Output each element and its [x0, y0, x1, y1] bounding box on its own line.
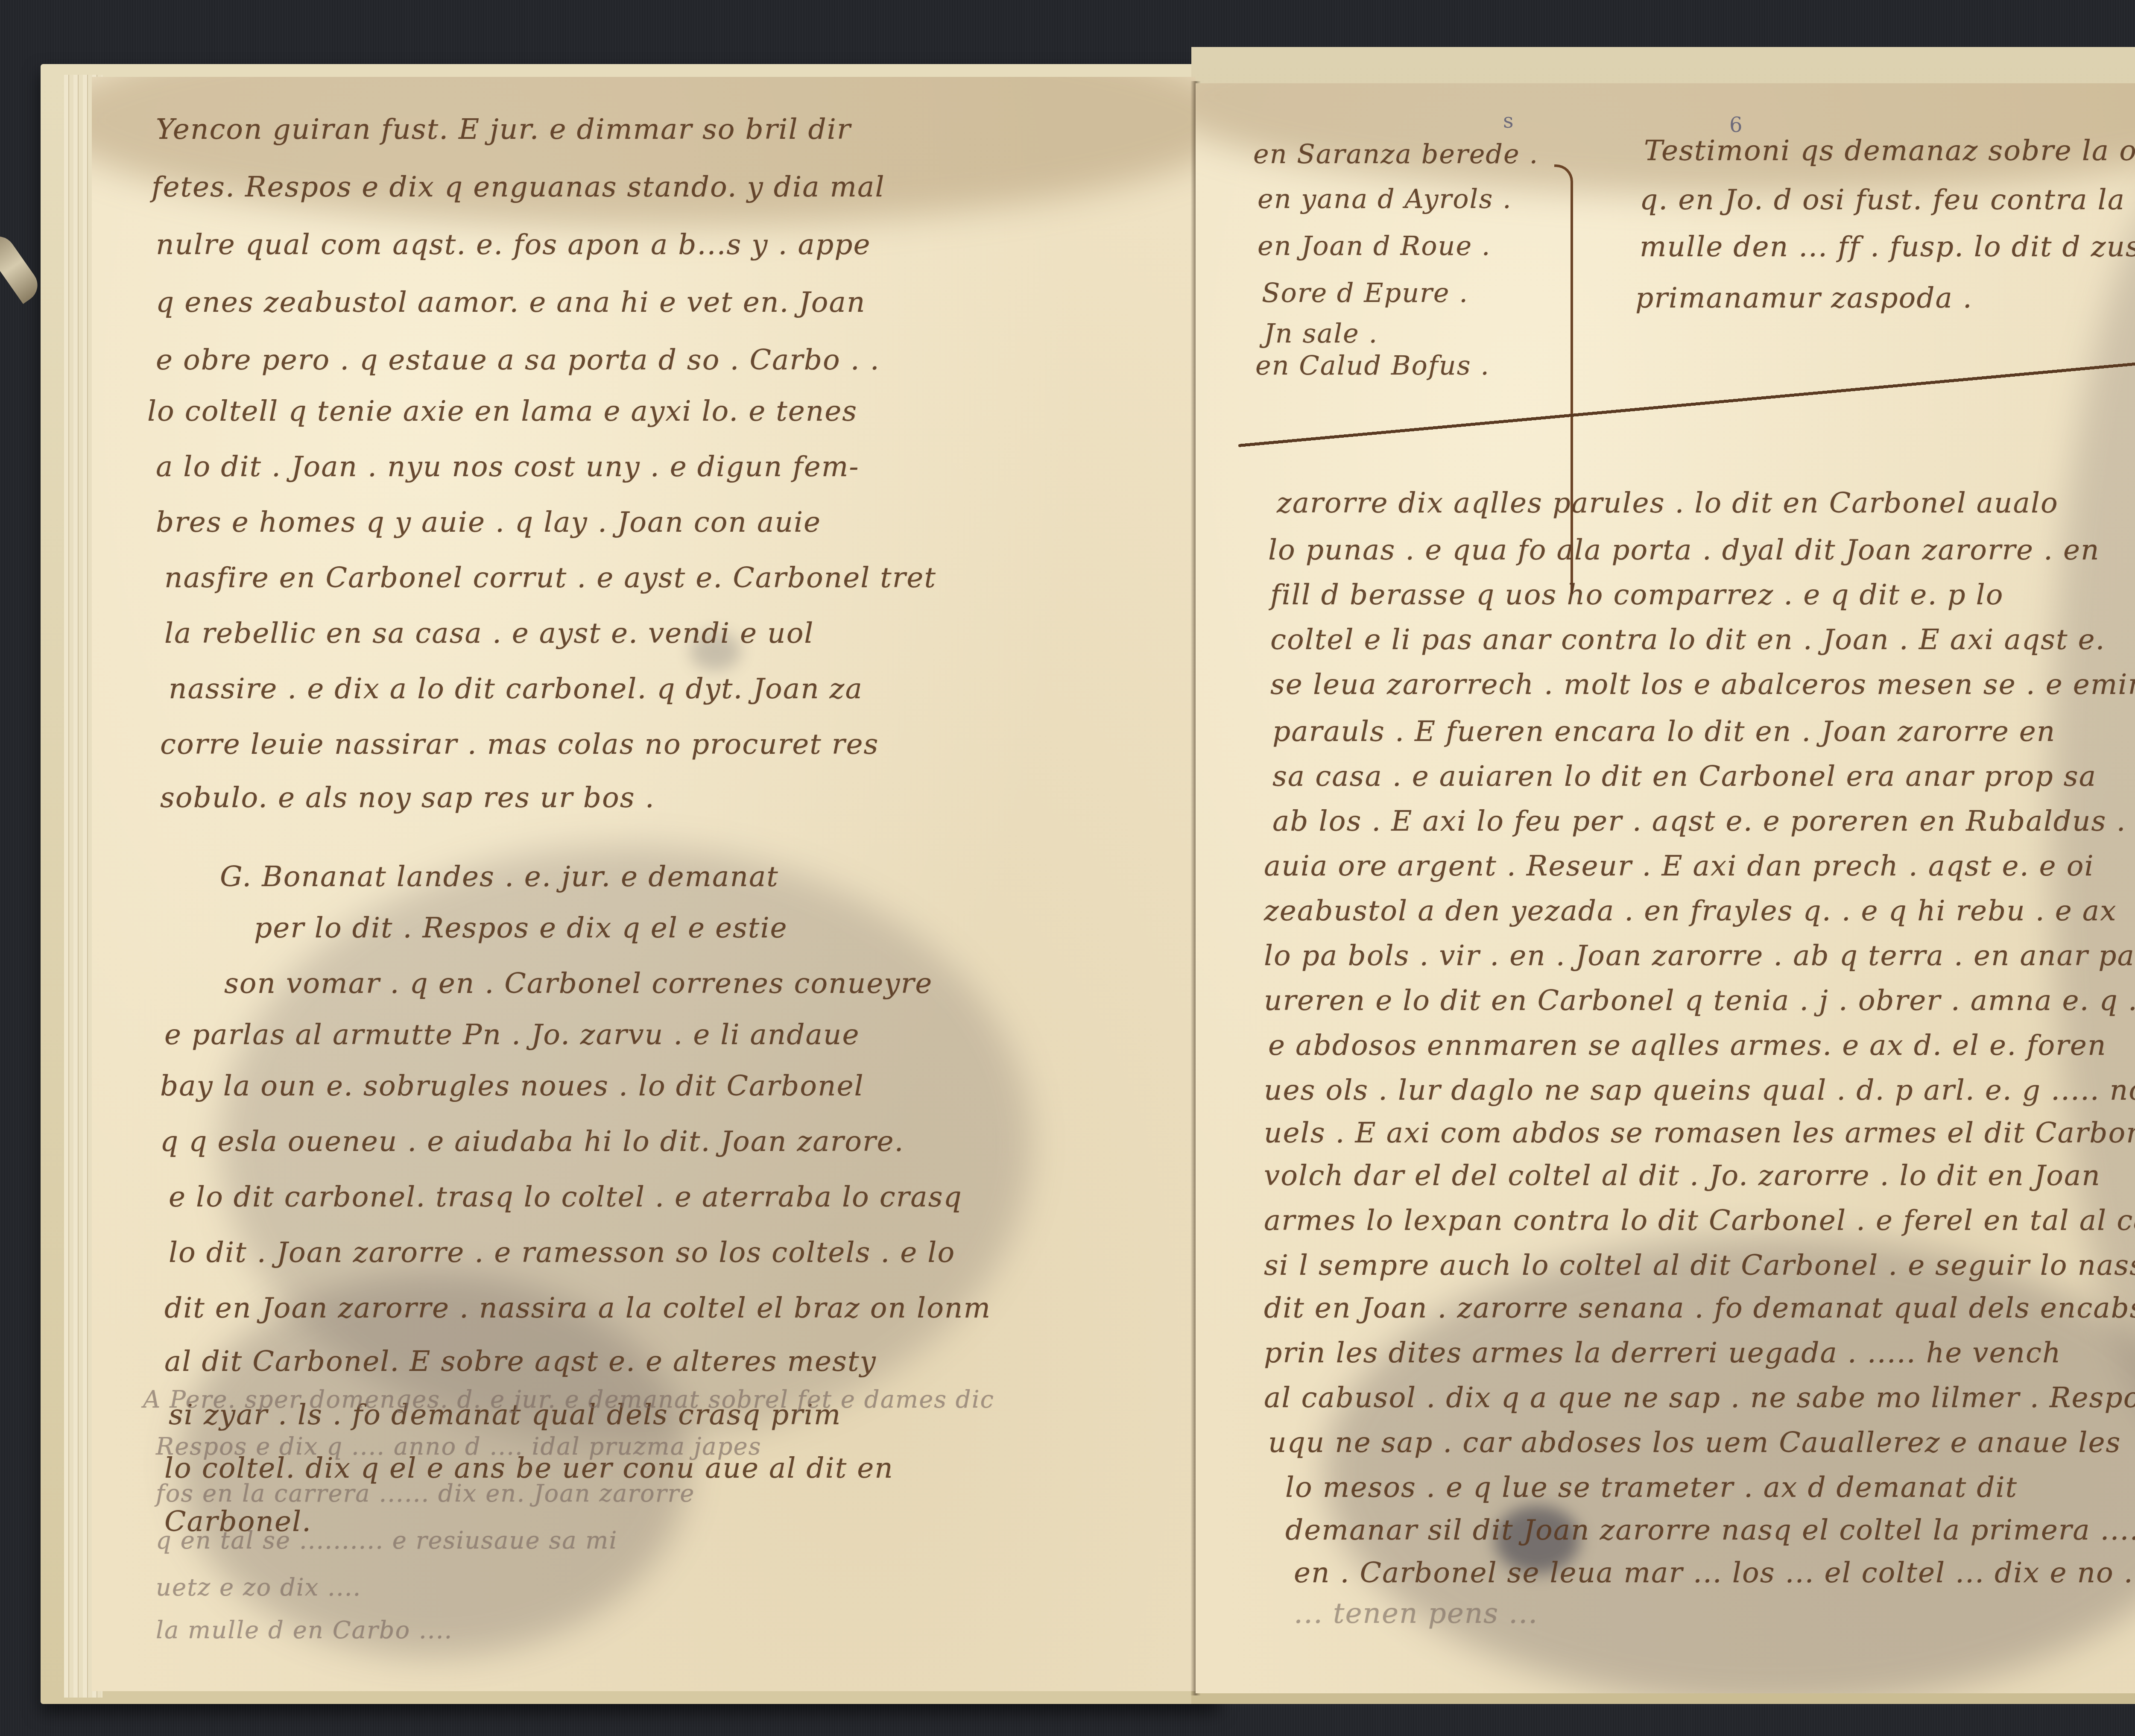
text-line: a lo dit . Joan . nyu nos cost uny . e d… [156, 453, 860, 481]
left-folio-verso: Yencon guiran fust. E jur. e dimmar so b… [92, 77, 1196, 1691]
text-line: se leua zarorrech . molt los e abalceros… [1270, 670, 2135, 699]
text-line: mulle den ... ff . fusp. lo dit d zuseur… [1640, 233, 2135, 261]
text-line: ab los . E axi lo feu per . aqst e. e po… [1272, 807, 2126, 835]
text-line: lo pa bols . vir . en . Joan zarorre . a… [1264, 942, 2135, 970]
text-line: lo dit . Joan zarorre . e ramesson so lo… [169, 1238, 955, 1267]
text-line: uels . E axi com abdos se romasen les ar… [1264, 1119, 2135, 1147]
witness-name: Jn sale . [1264, 320, 1378, 347]
text-line: si l sempre auch lo coltel al dit Carbon… [1264, 1251, 2135, 1279]
bracket-mark [1554, 164, 1573, 594]
text-line: nulre qual com aqst. e. fos apon a b...s… [156, 231, 871, 259]
text-line: coltel e li pas anar contra lo dit en . … [1270, 626, 2106, 654]
text-line: e abdosos ennmaren se aqlles armes. e ax… [1268, 1031, 2106, 1060]
text-line: demanar sil dit Joan zarorre nasq el col… [1285, 1516, 2135, 1544]
text-line: q q esla oueneu . e aiudaba hi lo dit. J… [160, 1127, 904, 1156]
text-line: volch dar el del coltel al dit . Jo. zar… [1264, 1162, 2101, 1190]
witness-name: en Joan d Roue . [1258, 233, 1491, 259]
text-line: corre leuie nassirar . mas colas no proc… [160, 730, 879, 758]
text-line: q. en Jo. d osi fust. feu contra la [1640, 186, 2125, 214]
text-line: sa casa . e auiaren lo dit en Carbonel e… [1272, 762, 2097, 790]
text-line: q en tal se .......... e resiusaue sa mi [156, 1529, 617, 1553]
text-line: dit en Joan zarorre . nassira a la colte… [164, 1294, 991, 1322]
text-line: A Pere. sper domenges. d. e jur. e deman… [143, 1388, 994, 1412]
text-line: auia ore argent . Reseur . E axi dan pre… [1264, 852, 2094, 880]
text-line: ... tenen pens ... [1294, 1599, 1538, 1628]
text-line: armes lo lexpan contra lo dit Carbonel .… [1264, 1206, 2135, 1235]
text-line: dit en Joan . zarorre senana . fo demana… [1264, 1294, 2135, 1322]
text-line: per lo dit . Respos e dix q el e estie [254, 914, 788, 942]
text-line: son vomar . q en . Carbonel correnes con… [224, 969, 933, 998]
text-line: Respos e dix q .... anno d .... idal pru… [156, 1435, 761, 1459]
text-line: ureren e lo dit en Carbonel q tenia . j … [1264, 987, 2135, 1015]
text-line: prin les dites armes la derreri uegada .… [1264, 1339, 2062, 1367]
text-line: en . Carbonel se leua mar ... los ... el… [1294, 1559, 2134, 1587]
top-edge-stain [92, 77, 1196, 226]
text-line: nasfire en Carbonel corrut . e ayst e. C… [164, 564, 936, 592]
text-line: lo coltell q tenie axie en lama e ayxi l… [147, 397, 857, 425]
text-line: uqu ne sap . car abdoses los uem Caualle… [1268, 1429, 2121, 1457]
pencil-mark: 6 [1729, 113, 1743, 137]
text-line: fetes. Respos e dix q enguanas stando. y… [152, 173, 885, 201]
text-line: la mulle d en Carbo .... [156, 1619, 453, 1642]
text-line: zarorre dix aqlles parules . lo dit en C… [1277, 489, 2059, 517]
text-line: fill d berasse q uos ho comparrez . e q … [1270, 581, 2003, 609]
text-line: lo mesos . e q lue se trameter . ax d de… [1285, 1473, 2018, 1502]
text-line: e lo dit carbonel. trasq lo coltel . e a… [169, 1183, 962, 1211]
text-line: la rebellic en sa casa . e ayst e. vendi… [164, 619, 814, 647]
text-line: Yencon guiran fust. E jur. e dimmar so b… [156, 115, 851, 143]
text-line: uetz e zo dix .... [156, 1576, 361, 1600]
text-line: fos en la carrera ...... dix en. Joan za… [156, 1482, 695, 1506]
text-line: al dit Carbonel. E sobre aqst e. e alter… [164, 1347, 877, 1376]
text-line: G. Bonanat landes . e. jur. e demanat [220, 863, 779, 891]
witness-name: en Calud Bofus . [1255, 352, 1490, 379]
text-line: bay la oun e. sobrugles noues . lo dit C… [160, 1072, 864, 1100]
witness-name: en yana d Ayrols . [1258, 186, 1512, 212]
pencil-mark: s [1503, 109, 1514, 133]
witness-name: Sore d Epure . [1262, 280, 1468, 306]
text-line: primanamur zaspoda . [1635, 284, 1973, 312]
witness-name: en Saranza berede . [1253, 141, 1538, 167]
text-line: q enes zeabustol aamor. e ana hi e vet e… [156, 288, 866, 316]
text-line: al cabusol . dix q a que ne sap . ne sab… [1264, 1384, 2135, 1412]
left-tie-clasp-icon [0, 230, 44, 304]
text-line: bres e homes q y auie . q lay . Joan con… [156, 508, 821, 536]
text-line: e obre pero . q estaue a sa porta d so .… [156, 346, 880, 374]
text-line: parauls . E fueren encara lo dit en . Jo… [1272, 717, 2056, 746]
text-line: nassire . e dix a lo dit carbonel. q dyt… [169, 675, 863, 703]
text-line: zeabustol a den yezada . en frayles q. .… [1264, 897, 2117, 925]
text-line: lo punas . e qua fo ala porta . dyal dit… [1268, 536, 2100, 564]
open-manuscript-book: Yencon guiran fust. E jur. e dimmar so b… [0, 0, 2135, 1736]
text-line: e parlas al armutte Pn . Jo. zarvu . e l… [164, 1021, 860, 1049]
text-line: ues ols . lur daglo ne sap queins qual .… [1264, 1076, 2135, 1104]
text-line: sobulo. e als noy sap res ur bos . [160, 784, 655, 812]
text-line: Testimoni qs demanaz sobre la ochaon sa. [1644, 137, 2135, 165]
